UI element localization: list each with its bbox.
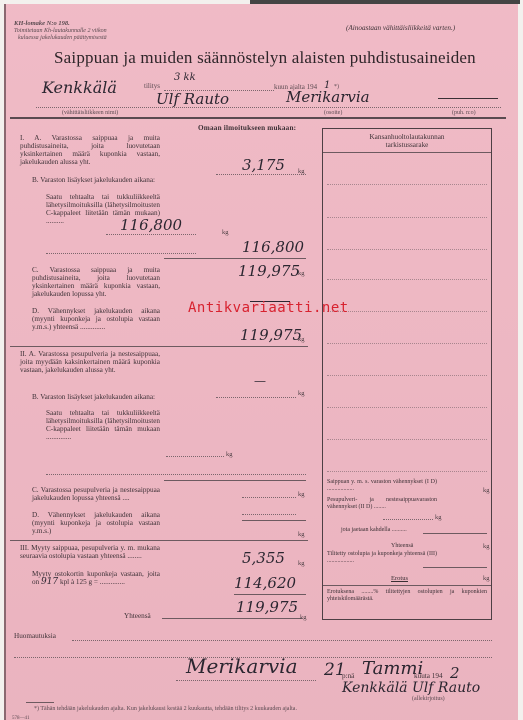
section-III-total-value: 119,975 — [236, 598, 298, 616]
signer-signature: Kenkkälä Ulf Rauto — [342, 680, 480, 696]
section-I-B-label: B. Varaston lisäykset jakelukauden aikan… — [32, 176, 160, 184]
control-item-6: Erotus — [391, 575, 408, 582]
tilitys-label: tilitys — [144, 83, 160, 90]
control-item-1: Saippuan y. m. s. varaston vähennykset (… — [327, 479, 437, 493]
shop-name-handwritten-1: Kenkkälä — [42, 78, 117, 97]
section-III-coupon-label: Myyty ostokortin kuponkeja vastaan, joit… — [32, 570, 160, 586]
section-I-A-value: 3,175 — [242, 156, 285, 174]
shop-owner-handwritten: Ulf Rauto — [156, 90, 229, 108]
section-III-label: III. Myyty saippuaa, pesupulveria y. m. … — [20, 544, 160, 560]
control-column-heading-1: Kansanhuoltolautakunnan — [323, 133, 491, 141]
section-II-A-value: — — [254, 374, 266, 388]
control-column-box: Kansanhuoltolautakunnan tarkistussarake … — [322, 128, 492, 620]
section-II-C-label: C. Varastossa pesupulveria ja nestesaipp… — [32, 486, 160, 502]
section-II-A-label: II. A. Varastossa pesupulveria ja nestes… — [20, 350, 160, 374]
form-page: KH-lomake N:o 198. Toimitetaan Kh-lautak… — [4, 4, 518, 720]
address-caption: (osoite) — [324, 110, 342, 117]
form-note-line1: Toimitetaan Kh-lautakunnalle 2 viikon — [14, 28, 107, 35]
period-handwritten: 3 kk — [174, 72, 196, 83]
notes-line-1[interactable] — [72, 640, 492, 641]
retailer-only-note: (Ainoastaan vähittäisliikkeitä varten.) — [346, 24, 455, 32]
control-column-heading-2: tarkistussarake — [323, 141, 491, 149]
form-note-line2: kuluessa jakelukauden päättymisestä — [18, 35, 107, 42]
section-III-coupon-value: 114,620 — [234, 574, 296, 592]
form-title: Saippuan ja muiden säännöstelyn alaisten… — [54, 48, 476, 68]
section-I-D-label: D. Vähennykset jakelukauden aikana (myyn… — [32, 307, 160, 331]
phone-caption: (puh. n:o) — [452, 110, 476, 117]
section-II-B-label: B. Varaston lisäykset jakelukauden aikan… — [32, 393, 160, 401]
signature-caption: (allekirjoitus) — [412, 696, 445, 703]
print-code: 578—41 — [12, 715, 30, 720]
section-I-B-value: 116,800 — [120, 216, 182, 234]
form-number: KH-lomake N:o 198. — [14, 20, 70, 27]
control-item-4: Yhteensä — [391, 543, 413, 549]
pna-label: p:nä — [342, 672, 354, 680]
control-item-5: Tilitetty ostolupia ja kuponkeja yhteens… — [327, 551, 437, 565]
section-I-D-value: 119,975 — [240, 326, 302, 344]
footnote: *) Tähän tehdään jakelukauden ajalta. Ku… — [34, 706, 297, 713]
section-III-value: 5,355 — [242, 549, 285, 567]
section-II-D-label: D. Vähennykset jakelukauden aikana (myyn… — [32, 511, 160, 535]
control-column-footer: Erotuksena ........% tilitettyjen ostolu… — [327, 589, 487, 603]
section-I-B-sum: 116,800 — [242, 238, 304, 256]
own-report-heading: Omaan ilmoitukseen mukaan: — [198, 124, 296, 132]
watermark: Antikvariaatti.net — [188, 300, 349, 316]
section-I-C-label: C. Varastossa saippuaa ja muita puhdistu… — [32, 266, 160, 298]
section-III-total-label: Yhteensä — [124, 612, 151, 620]
section-I-A-label: I. A. Varastossa saippuaa ja muita puhdi… — [20, 134, 160, 166]
section-I-C-value: 119,975 — [238, 262, 300, 280]
top-edge-shadow — [250, 0, 520, 4]
kuuta-label: kuuta 194 — [414, 672, 443, 680]
control-item-3: jota jaetaan kahdella .......... — [341, 527, 407, 533]
shop-name-caption: (vähittäisliikkeen nimi) — [62, 110, 118, 117]
control-item-2: Pesupulveri- ja nestesaippuavaraston väh… — [327, 497, 437, 511]
address-handwritten: Merikarvia — [286, 88, 370, 106]
notes-label: Huomautuksia — [14, 632, 56, 640]
section-II-B-sub-label: Saatu tehtaalta tai tukkuliikkeeltä lähe… — [46, 409, 160, 441]
signature-place: Merikarvia — [186, 654, 298, 678]
coupon-count: 917 — [41, 577, 58, 587]
